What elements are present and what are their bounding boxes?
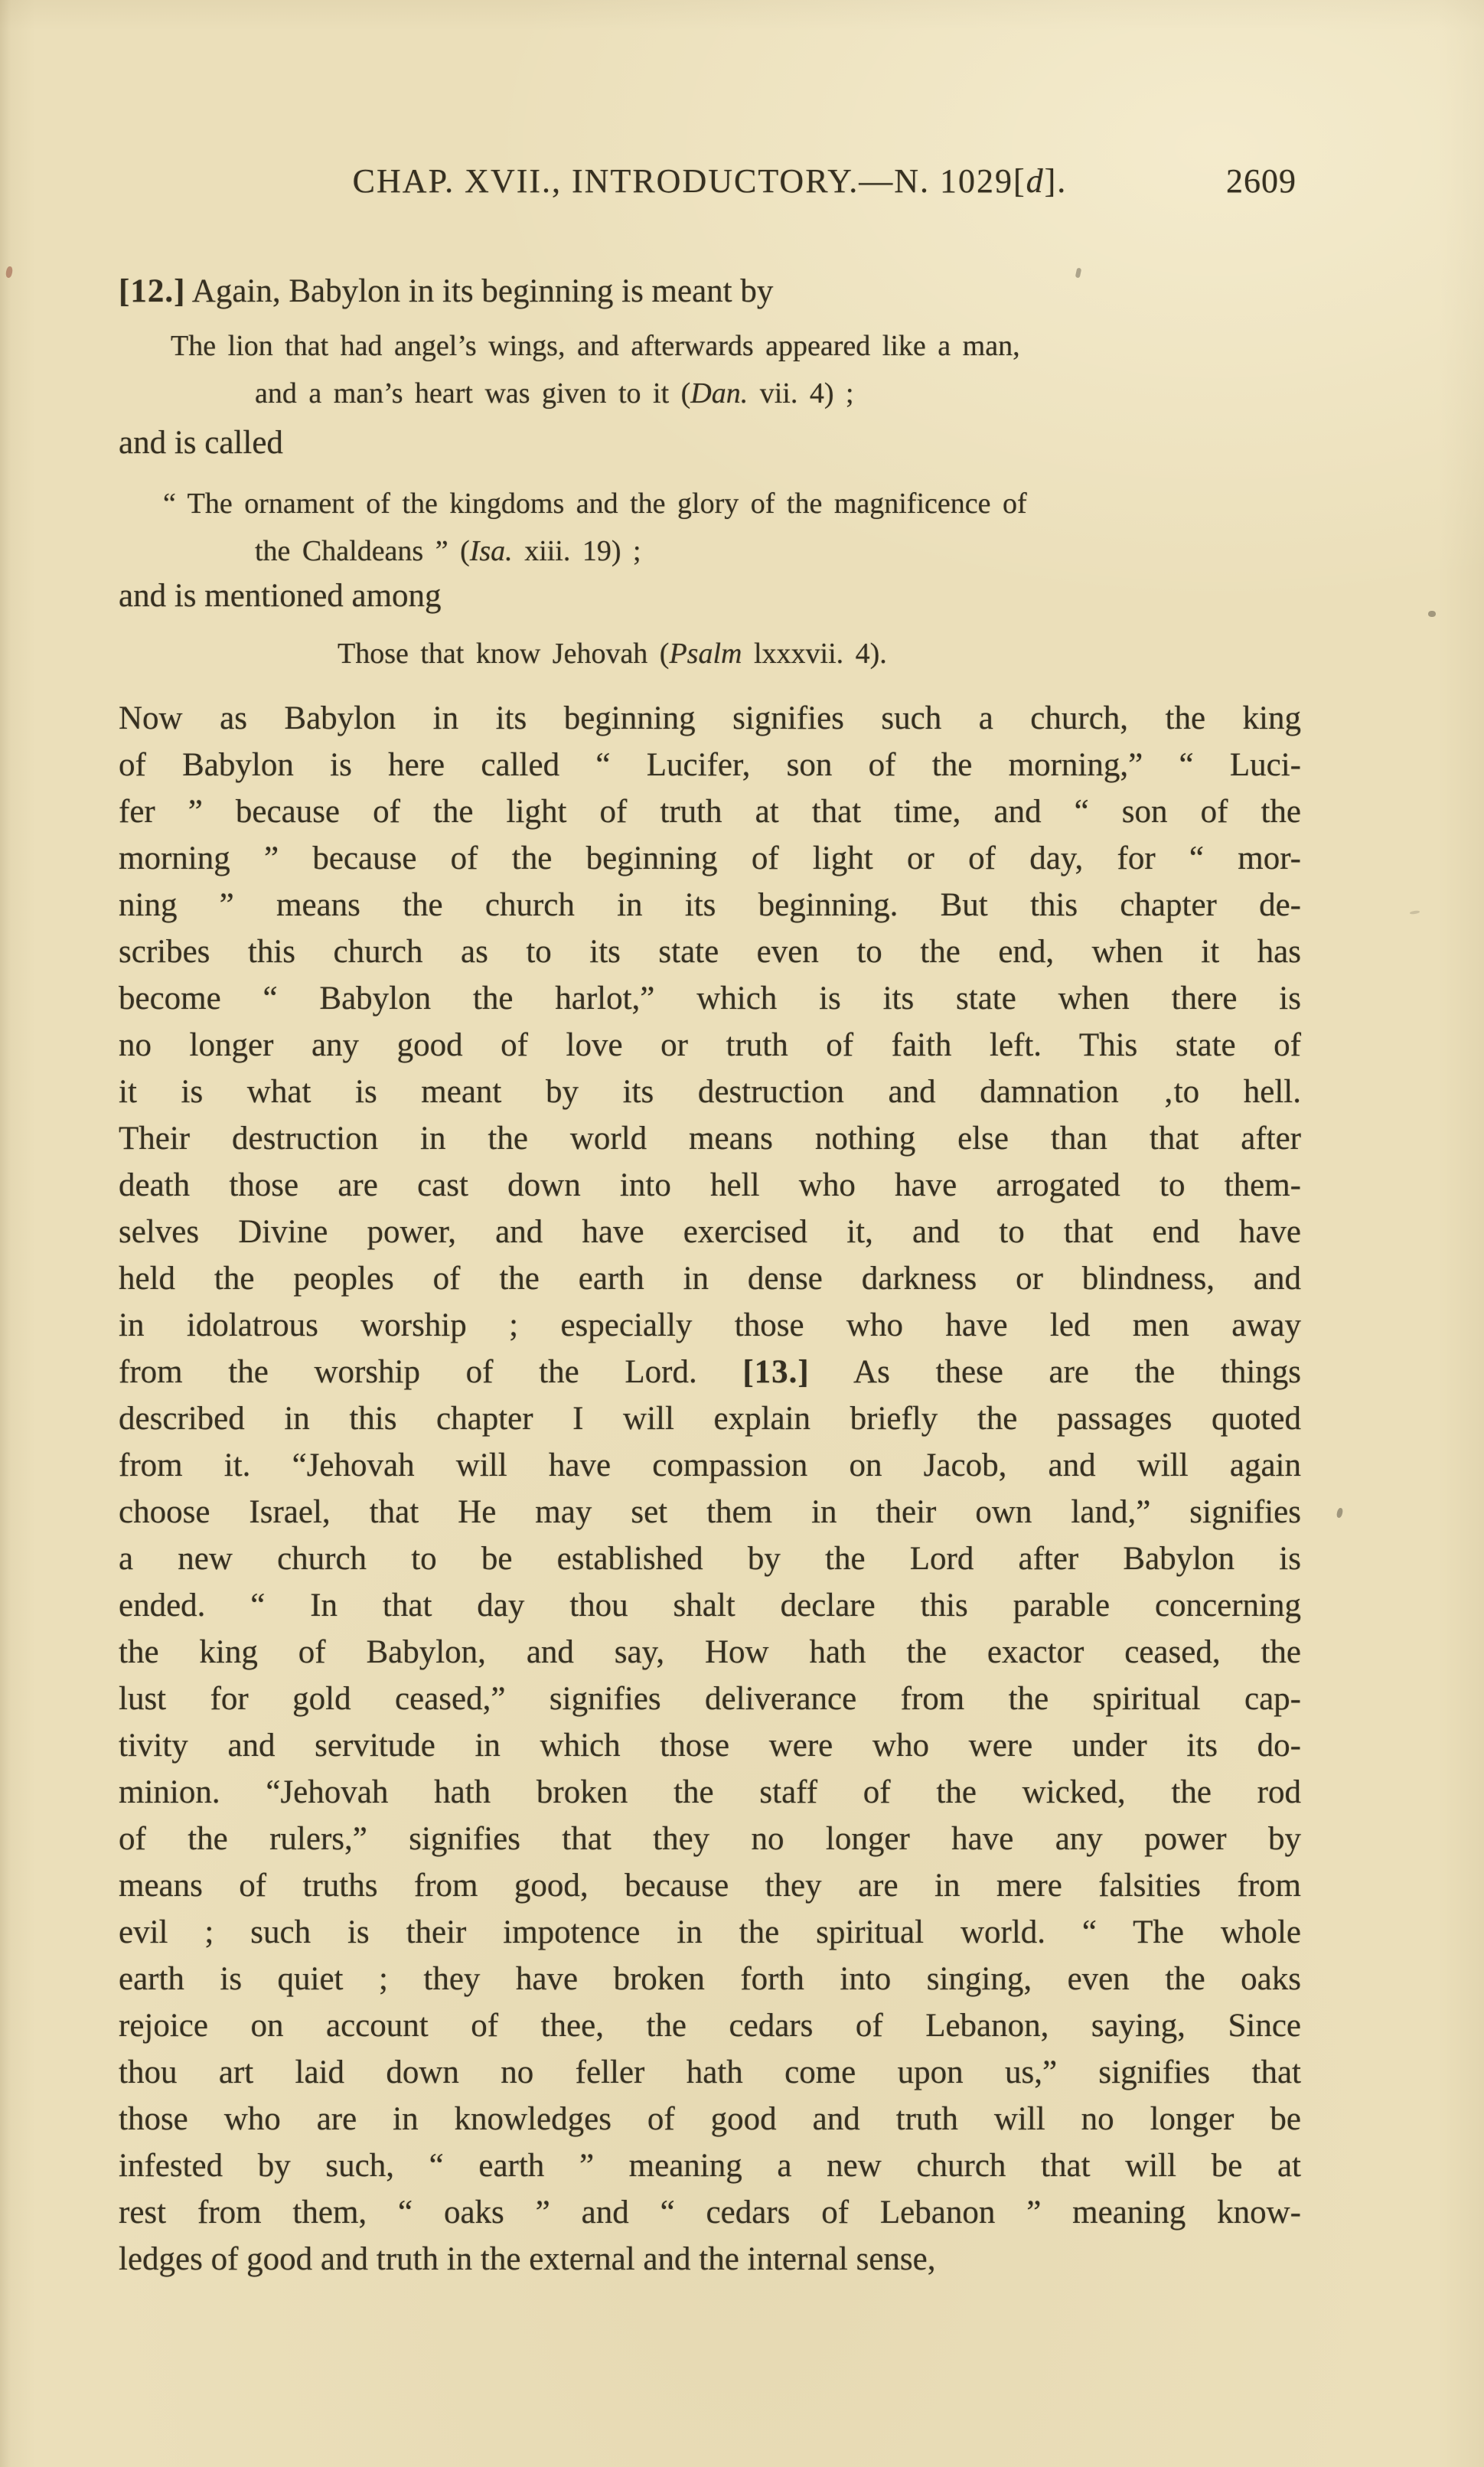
text-line: means of truths from good, because they … <box>119 1862 1301 1909</box>
chapter-heading-italic-letter: d <box>1026 162 1045 200</box>
text-line: Those that know Jehovah (Psalm lxxxvii. … <box>119 630 1301 677</box>
text-line: death those are cast down into hell who … <box>119 1162 1301 1209</box>
text-segment: and is called <box>119 425 283 461</box>
connector-and-is-called: and is called <box>119 419 1301 466</box>
text-line: Now as Babylon in its beginning signifie… <box>119 695 1301 742</box>
text-segment: evil ; such is their impotence in the sp… <box>119 1914 1301 1950</box>
scan-speck <box>1410 910 1420 915</box>
text-line: evil ; such is their impotence in the sp… <box>119 1909 1301 1956</box>
text-segment: infested by such, “ earth ” meaning a ne… <box>119 2148 1301 2184</box>
text-line: in idolatrous worship ; especially those… <box>119 1302 1301 1349</box>
connector-and-is-mentioned-among: and is mentioned among <box>119 573 1301 619</box>
text-line: the king of Babylon, and say, How hath t… <box>119 1629 1301 1676</box>
text-line: thou art laid down no feller hath come u… <box>119 2049 1301 2096</box>
text-line: of Babylon is here called “ Lucifer, son… <box>119 742 1301 788</box>
text-line: described in this chapter I will explain… <box>119 1395 1301 1442</box>
text-line: become “ Babylon the harlot,” which is i… <box>119 975 1301 1022</box>
text-line: scribes this church as to its state even… <box>119 928 1301 975</box>
text-segment: scribes this church as to its state even… <box>119 934 1301 970</box>
text-segment: lxxxvii. 4). <box>742 638 886 670</box>
text-line: from the worship of the Lord. [13.] As t… <box>119 1349 1301 1395</box>
text-segment: it is what is meant by its destruction a… <box>119 1074 1301 1110</box>
text-line: “ The ornament of the kingdoms and the g… <box>119 480 1301 527</box>
text-segment: and is mentioned among <box>119 578 442 614</box>
text-segment: fer ” because of the light of truth at t… <box>119 794 1301 830</box>
text-line: those who are in knowledges of good and … <box>119 2096 1301 2142</box>
text-segment: and a man’s heart was given to it ( <box>255 377 690 410</box>
text-segment: death those are cast down into hell who … <box>119 1167 1301 1203</box>
text-line: the Chaldeans ” (Isa. xiii. 19) ; <box>119 527 1301 575</box>
text-segment: the Chaldeans ” ( <box>255 535 470 567</box>
text-segment: xiii. 19) ; <box>513 535 641 567</box>
chapter-heading-suffix: ]. <box>1045 162 1068 200</box>
text-line: it is what is meant by its destruction a… <box>119 1069 1301 1115</box>
text-segment: The lion that had angel’s wings, and aft… <box>171 330 1020 362</box>
text-line: rejoice on account of thee, the cedars o… <box>119 2002 1301 2049</box>
text-segment: from it. “Jehovah will have compassion o… <box>119 1447 1301 1483</box>
text-segment: become “ Babylon the harlot,” which is i… <box>119 981 1301 1016</box>
text-line: selves Divine power, and have exercised … <box>119 1209 1301 1255</box>
text-line: ledges of good and truth in the external… <box>119 2236 1301 2283</box>
text-segment: held the peoples of the earth in dense d… <box>119 1261 1301 1297</box>
text-segment: a new church to be established by the Lo… <box>119 1541 1301 1577</box>
text-segment: of Babylon is here called “ Lucifer, son… <box>119 747 1301 783</box>
text-segment: morning ” because of the beginning of li… <box>119 840 1301 876</box>
scan-speck <box>1428 611 1436 617</box>
text-segment: minion. “Jehovah hath broken the staff o… <box>119 1774 1301 1810</box>
scripture-reference-italic: Psalm <box>669 638 742 670</box>
text-segment: selves Divine power, and have exercised … <box>119 1214 1301 1250</box>
text-segment: described in this chapter I will explain… <box>119 1401 1301 1437</box>
text-segment: choose Israel, that He may set them in t… <box>119 1494 1301 1530</box>
text-line: lust for gold ceased,” signifies deliver… <box>119 1676 1301 1722</box>
text-segment: Those that know Jehovah ( <box>338 638 669 670</box>
bold-section-number: [12.] <box>119 273 185 309</box>
scan-speck <box>1336 1507 1344 1518</box>
scan-speck <box>5 266 13 278</box>
text-segment: in idolatrous worship ; especially those… <box>119 1307 1301 1343</box>
text-segment: the king of Babylon, and say, How hath t… <box>119 1634 1301 1670</box>
text-segment: vii. 4) ; <box>748 377 853 410</box>
page-number: 2609 <box>1226 162 1296 201</box>
text-line: and is called <box>119 419 1301 466</box>
text-segment: those who are in knowledges of good and … <box>119 2101 1301 2137</box>
text-segment: ning ” means the church in its beginning… <box>119 887 1301 923</box>
text-segment: ledges of good and truth in the external… <box>119 2241 936 2277</box>
text-segment: lust for gold ceased,” signifies deliver… <box>119 1681 1301 1717</box>
text-line: fer ” because of the light of truth at t… <box>119 788 1301 835</box>
para-12-lead: [12.] Again, Babylon in its beginning is… <box>119 268 1301 315</box>
text-line: and a man’s heart was given to it (Dan. … <box>119 370 1301 417</box>
text-line: a new church to be established by the Lo… <box>119 1535 1301 1582</box>
scripture-reference-italic: Dan. <box>690 377 748 410</box>
text-line: and is mentioned among <box>119 573 1301 619</box>
text-segment: rest from them, “ oaks ” and “ cedars of… <box>119 2195 1301 2230</box>
text-segment: of the rulers,” signifies that they no l… <box>119 1821 1301 1857</box>
text-line: from it. “Jehovah will have compassion o… <box>119 1442 1301 1489</box>
text-segment: Their destruction in the world means not… <box>119 1121 1301 1157</box>
text-segment: Now as Babylon in its beginning signifie… <box>119 700 1301 736</box>
text-segment: “ The ornament of the kingdoms and the g… <box>163 488 1027 520</box>
text-segment: no longer any good of love or truth of f… <box>119 1027 1301 1063</box>
scripture-reference-italic: Isa. <box>470 535 513 567</box>
text-segment: earth is quiet ; they have broken forth … <box>119 1961 1301 1997</box>
text-segment: As these are the things <box>810 1354 1301 1390</box>
text-segment: Again, Babylon in its beginning is meant… <box>185 273 773 309</box>
bold-section-number: [13.] <box>742 1354 809 1390</box>
quote-psalm-lxxxvii-4: Those that know Jehovah (Psalm lxxxvii. … <box>119 630 1301 677</box>
text-line: ning ” means the church in its beginning… <box>119 882 1301 928</box>
chapter-heading-text: CHAP. XVII., INTRODUCTORY.—N. 1029[ <box>353 162 1026 200</box>
text-line: The lion that had angel’s wings, and aft… <box>119 322 1301 370</box>
text-segment: from the worship of the Lord. <box>119 1354 742 1390</box>
text-line: rest from them, “ oaks ” and “ cedars of… <box>119 2189 1301 2236</box>
quote-isa-xiii-19: “ The ornament of the kingdoms and the g… <box>119 480 1301 575</box>
text-line: ended. “ In that day thou shalt declare … <box>119 1582 1301 1629</box>
text-line: [12.] Again, Babylon in its beginning is… <box>119 268 1301 315</box>
book-page-scan: CHAP. XVII., INTRODUCTORY.—N. 1029[d]. 2… <box>0 0 1484 2467</box>
text-segment: ended. “ In that day thou shalt declare … <box>119 1588 1301 1623</box>
text-segment: thou art laid down no feller hath come u… <box>119 2054 1301 2090</box>
text-line: of the rulers,” signifies that they no l… <box>119 1816 1301 1862</box>
text-segment: means of truths from good, because they … <box>119 1868 1301 1904</box>
text-segment: rejoice on account of thee, the cedars o… <box>119 2008 1301 2044</box>
text-line: earth is quiet ; they have broken forth … <box>119 1956 1301 2002</box>
text-line: minion. “Jehovah hath broken the staff o… <box>119 1769 1301 1816</box>
quote-dan-vii-4: The lion that had angel’s wings, and aft… <box>119 322 1301 417</box>
text-line: held the peoples of the earth in dense d… <box>119 1255 1301 1302</box>
text-line: infested by such, “ earth ” meaning a ne… <box>119 2142 1301 2189</box>
text-line: no longer any good of love or truth of f… <box>119 1022 1301 1069</box>
running-header-title: CHAP. XVII., INTRODUCTORY.—N. 1029[d]. <box>119 162 1301 201</box>
text-line: Their destruction in the world means not… <box>119 1115 1301 1162</box>
text-line: morning ” because of the beginning of li… <box>119 835 1301 882</box>
text-segment: tivity and servitude in which those were… <box>119 1728 1301 1764</box>
text-line: choose Israel, that He may set them in t… <box>119 1489 1301 1535</box>
text-line: tivity and servitude in which those were… <box>119 1722 1301 1769</box>
para-main: Now as Babylon in its beginning signifie… <box>119 695 1301 2283</box>
